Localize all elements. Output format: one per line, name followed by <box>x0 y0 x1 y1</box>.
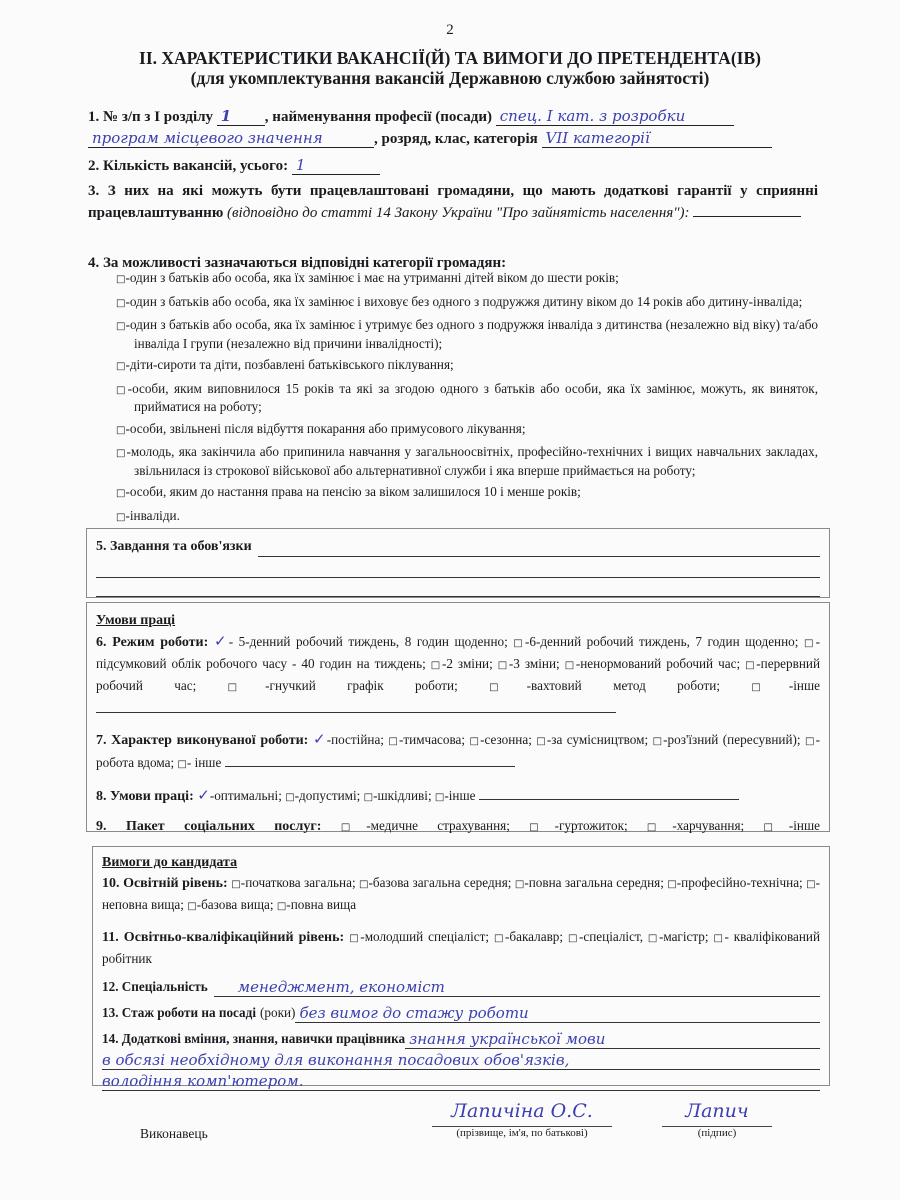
q11-option-label: -молодший спеціаліст; <box>360 929 489 944</box>
executor-name-input[interactable]: Лапичіна О.С. <box>432 1100 612 1127</box>
checkbox-icon[interactable]: □ <box>751 682 789 693</box>
q10-education-level: 10. Освітній рівень: □-початкова загальн… <box>102 873 820 917</box>
q10-option-label: -повна загальна середня; <box>524 875 664 890</box>
q1-label-c: , розряд, клас, категорія <box>374 131 538 147</box>
q1-label-a: 1. № з/п з І розділу <box>88 109 213 125</box>
checkbox-icon[interactable]: □ <box>470 736 481 747</box>
checkmark-icon[interactable]: ✓ <box>313 730 327 748</box>
q1-category-input[interactable]: VII категорії <box>542 130 772 148</box>
q7-option[interactable]: □-тимчасова; <box>388 732 465 747</box>
conditions-heading: Умови праці <box>96 611 820 631</box>
checkbox-icon[interactable]: □ <box>277 901 286 912</box>
q10-option-label: -початкова загальна; <box>241 875 356 890</box>
q3-field: 3. З них на які можуть бути працевлаштов… <box>88 180 818 224</box>
q13-field: 13. Стаж роботи на посаді (роки) без вим… <box>102 1003 820 1023</box>
q4-category-label: -інваліди. <box>125 508 179 523</box>
q7-option-label: -роз'їзний (пересувний); <box>663 732 800 747</box>
q4-category-label: -особи, звільнені після відбуття покаран… <box>125 421 525 436</box>
checkbox-icon[interactable]: □ <box>364 792 373 803</box>
q7-option-label: -постійна; <box>327 732 384 747</box>
q8-option-label: -допустимі; <box>295 788 361 803</box>
checkbox-icon[interactable]: □ <box>187 901 196 912</box>
q8-option-label: -інше <box>444 788 475 803</box>
q6-option-label: -гнучкий графік роботи; <box>265 678 458 693</box>
q10-option[interactable]: □-повна загальна середня; <box>515 875 664 890</box>
q1-field-cont: програм місцевого значення, розряд, клас… <box>88 128 828 150</box>
q6-option-label: -6-денний робочий тиждень, 7 годин щоден… <box>525 634 798 649</box>
q4-category-item: □-особи, яким виповнилося 15 років та як… <box>116 381 818 416</box>
q4-category-label: -один з батьків або особа, яка їх заміню… <box>126 317 818 351</box>
q6-other-input[interactable] <box>96 698 616 713</box>
executor-label: Виконавець <box>140 1126 208 1142</box>
checkbox-icon[interactable]: □ <box>431 660 442 671</box>
checkbox-icon[interactable]: □ <box>349 933 360 944</box>
page-title: ІІ. ХАРАКТЕРИСТИКИ ВАКАНСІЇ(Й) ТА ВИМОГИ… <box>0 48 900 88</box>
checkbox-icon[interactable]: □ <box>515 879 525 890</box>
q5-duties-line-2[interactable] <box>96 559 820 578</box>
q5-duties-line-3[interactable] <box>96 578 820 597</box>
q3-note: (відповідно до статті 14 Закону України … <box>227 205 690 221</box>
q12-specialty-input[interactable]: менеджмент, економіст <box>214 978 820 997</box>
q14-field: 14. Додаткові вміння, знання, навички пр… <box>102 1029 820 1049</box>
checkbox-icon[interactable]: □ <box>494 933 505 944</box>
q12-label: 12. Спеціальність <box>102 977 208 997</box>
q1-profession-input-cont[interactable]: програм місцевого значення <box>88 130 374 148</box>
q6-option[interactable]: □-інше <box>751 678 820 693</box>
title-line-1: ІІ. ХАРАКТЕРИСТИКИ ВАКАНСІЇ(Й) ТА ВИМОГИ… <box>0 48 900 68</box>
q9-option-label: -харчування; <box>672 818 744 833</box>
q9-option-label: -гуртожиток; <box>555 818 628 833</box>
q11-option[interactable]: □-бакалавр; <box>494 929 563 944</box>
q7-option[interactable]: □-роз'їзний (пересувний); <box>653 732 801 747</box>
q10-option-label: -базова загальна середня; <box>369 875 512 890</box>
q14-skills-input[interactable]: знання української мови <box>405 1030 820 1049</box>
q10-option-label: -повна вища <box>286 897 356 912</box>
q4-category-item: □-інваліди. <box>116 508 818 527</box>
signature-area: Виконавець Лапичіна О.С. (прізвище, ім'я… <box>140 1100 800 1160</box>
executor-name-caption: (прізвище, ім'я, по батькові) <box>432 1127 612 1139</box>
q4-category-label: -молодь, яка закінчила або припинила нав… <box>126 444 818 478</box>
checkbox-icon[interactable]: □ <box>116 385 128 396</box>
q6-work-mode: 6. Режим роботи: ✓- 5-денний робочий тиж… <box>96 631 820 719</box>
checkbox-icon[interactable]: □ <box>806 879 816 890</box>
q11-option-label: -спеціаліст, <box>579 929 643 944</box>
q9-option-label: -медичне страхування; <box>366 818 510 833</box>
q11-label: 11. Освітньо-кваліфікаційний рівень: <box>102 930 349 945</box>
q4-category-item: □-діти-сироти та діти, позбавлені батькі… <box>116 357 818 376</box>
executor-signature[interactable]: Лапич <box>662 1100 772 1127</box>
q10-option[interactable]: □-повна вища <box>277 897 356 912</box>
checkbox-icon[interactable]: □ <box>489 682 527 693</box>
q3-count-input[interactable] <box>693 216 801 217</box>
checkbox-icon[interactable]: □ <box>513 638 525 649</box>
checkbox-icon[interactable]: □ <box>648 933 659 944</box>
q6-option-label: -вахтовий метод роботи; <box>527 678 720 693</box>
work-conditions-box: Умови праці 6. Режим роботи: ✓- 5-денний… <box>86 602 830 832</box>
q8-option[interactable]: □-допустимі; <box>285 788 360 803</box>
q6-option-label: -інше <box>789 678 820 693</box>
q7-option-label: -за сумісництвом; <box>547 732 648 747</box>
q10-option[interactable]: □-базова вища; <box>187 897 273 912</box>
checkbox-icon[interactable]: □ <box>647 822 672 833</box>
q11-option[interactable]: □-спеціаліст, <box>568 929 643 944</box>
q7-option-label: -тимчасова; <box>399 732 465 747</box>
checkbox-icon[interactable]: □ <box>565 660 576 671</box>
q9-option-label: -інше <box>789 818 820 833</box>
q6-option-label: -3 зміни; <box>509 656 560 671</box>
checkbox-icon[interactable]: □ <box>804 638 816 649</box>
candidate-requirements-box: Вимоги до кандидата 10. Освітній рівень:… <box>92 846 830 1086</box>
checkbox-icon[interactable]: □ <box>653 736 664 747</box>
q6-label: 6. Режим роботи: <box>96 635 214 650</box>
q1-profession-input[interactable]: спец. І кат. з розробки <box>496 108 734 126</box>
q4-category-label: -один з батьків або особа, яка їх заміню… <box>125 294 802 309</box>
q8-option[interactable]: ✓-оптимальні; <box>197 788 282 803</box>
q14-label: 14. Додаткові вміння, знання, навички пр… <box>102 1029 405 1049</box>
q9-option[interactable]: □-інше <box>763 818 820 833</box>
checkbox-icon[interactable]: □ <box>805 736 816 747</box>
q8-option[interactable]: □-інше <box>435 788 476 803</box>
q10-option[interactable]: □-початкова загальна; <box>231 875 355 890</box>
checkbox-icon[interactable]: □ <box>667 879 677 890</box>
q6-option-label: - 5-денний робочий тиждень, 8 годин щоде… <box>229 634 508 649</box>
checkbox-icon[interactable]: □ <box>536 736 547 747</box>
q13-experience-input[interactable]: без вимог до стажу роботи <box>295 1004 820 1023</box>
q11-option[interactable]: □-молодший спеціаліст; <box>349 929 489 944</box>
q4-category-label: -особи, яким до настання права на пенсію… <box>125 484 580 499</box>
duties-box: 5. Завдання та обов'язки <box>86 528 830 598</box>
q6-option[interactable]: □-3 зміни; <box>498 656 560 671</box>
q7-option[interactable]: ✓-постійна; <box>313 732 384 747</box>
q11-option-label: -магістр; <box>659 929 709 944</box>
q9-label: 9. Пакет соціальних послуг: <box>96 819 341 834</box>
q4-category-label: -особи, яким виповнилося 15 років та які… <box>128 381 818 415</box>
q10-option[interactable]: □-професійно-технічна; <box>667 875 802 890</box>
q7-option[interactable]: □-сезонна; <box>470 732 532 747</box>
page-number: 2 <box>0 22 900 39</box>
q9-option[interactable]: □-харчування; <box>647 818 744 833</box>
q4-category-label: -діти-сироти та діти, позбавлені батьків… <box>125 357 453 372</box>
signature-caption: (підпис) <box>662 1127 772 1139</box>
q4-category-list: □-один з батьків або особа, яка їх замін… <box>116 270 818 531</box>
checkbox-icon[interactable]: □ <box>116 448 126 459</box>
checkbox-icon[interactable]: □ <box>231 879 241 890</box>
checkbox-icon[interactable]: □ <box>341 822 366 833</box>
q11-option-label: -бакалавр; <box>505 929 563 944</box>
q5-label: 5. Завдання та обов'язки <box>96 537 252 557</box>
q4-category-item: □-особи, яким до настання права на пенсі… <box>116 484 818 503</box>
q7-option-label: -сезонна; <box>480 732 532 747</box>
q6-option[interactable]: □-гнучкий графік роботи; <box>228 678 458 693</box>
q13-label: 13. Стаж роботи на посаді <box>102 1003 256 1023</box>
q6-option[interactable]: ✓- 5-денний робочий тиждень, 8 годин щод… <box>214 634 508 649</box>
q1-label-b: , найменування професії (посади) <box>265 109 492 125</box>
checkbox-icon[interactable]: □ <box>713 933 724 944</box>
q8-option-label: -оптимальні; <box>210 788 282 803</box>
q2-vacancy-count-input[interactable]: 1 <box>292 157 380 175</box>
q7-option[interactable]: □-за сумісництвом; <box>536 732 648 747</box>
q6-option[interactable]: □-2 зміни; <box>431 656 493 671</box>
q14-skills-input-line-3[interactable]: володіння комп'ютером. <box>102 1072 820 1091</box>
q8-option[interactable]: □-шкідливі; <box>364 788 432 803</box>
q4-category-label: -один з батьків або особа, яка їх заміню… <box>125 270 618 285</box>
checkbox-icon[interactable]: □ <box>359 879 369 890</box>
q1-field: 1. № з/п з І розділу 1, найменування про… <box>88 106 828 128</box>
q1-number-input[interactable]: 1 <box>217 108 265 126</box>
q10-option-label: -базова вища; <box>197 897 274 912</box>
title-line-2: (для укомплектування вакансій Державною … <box>0 68 900 88</box>
q7-other-input[interactable] <box>225 752 515 767</box>
checkbox-icon[interactable]: □ <box>763 822 788 833</box>
requirements-heading: Вимоги до кандидата <box>102 853 820 873</box>
q4-category-item: □-один з батьків або особа, яка їх замін… <box>116 270 818 289</box>
checkbox-icon[interactable]: □ <box>388 736 399 747</box>
checkbox-icon[interactable]: □ <box>745 660 756 671</box>
q7-option-label: - інше <box>187 755 221 770</box>
checkbox-icon[interactable]: □ <box>568 933 579 944</box>
q10-label: 10. Освітній рівень: <box>102 876 231 891</box>
checkbox-icon[interactable]: □ <box>498 660 509 671</box>
q8-option-label: -шкідливі; <box>373 788 432 803</box>
q7-option[interactable]: □- інше <box>177 755 221 770</box>
q9-option[interactable]: □-гуртожиток; <box>529 818 628 833</box>
q9-option[interactable]: □-медичне страхування; <box>341 818 510 833</box>
q6-option-label: -2 зміни; <box>442 656 493 671</box>
q8-work-conditions: 8. Умови праці: ✓-оптимальні; □-допустим… <box>96 785 820 808</box>
q5-duties-input[interactable] <box>258 538 820 557</box>
q6-option-label: -ненормований робочий час; <box>576 656 740 671</box>
q8-label: 8. Умови праці: <box>96 789 197 804</box>
q6-option[interactable]: □-вахтовий метод роботи; <box>489 678 720 693</box>
q4-category-item: □-молодь, яка закінчила або припинила на… <box>116 444 818 479</box>
q11-qualification-level: 11. Освітньо-кваліфікаційний рівень: □-м… <box>102 927 820 969</box>
q12-field: 12. Спеціальність менеджмент, економіст <box>102 977 820 997</box>
checkbox-icon[interactable]: □ <box>116 321 126 332</box>
q14-skills-input-line-2[interactable]: в обсязі необхідному для виконання посад… <box>102 1051 820 1070</box>
q11-option[interactable]: □-магістр; <box>648 929 709 944</box>
checkbox-icon[interactable]: □ <box>435 792 444 803</box>
checkbox-icon[interactable]: □ <box>285 792 294 803</box>
q7-label: 7. Характер виконуваної роботи: <box>96 733 313 748</box>
q10-option[interactable]: □-базова загальна середня; <box>359 875 511 890</box>
checkbox-icon[interactable]: □ <box>228 682 266 693</box>
q10-option-label: -професійно-технічна; <box>677 875 803 890</box>
q6-option[interactable]: □-6-денний робочий тиждень, 7 годин щоде… <box>513 634 798 649</box>
checkmark-icon[interactable]: ✓ <box>214 632 229 650</box>
checkbox-icon[interactable]: □ <box>177 759 186 770</box>
q2-field: 2. Кількість вакансій, усього: 1 <box>88 155 828 177</box>
q8-other-input[interactable] <box>479 785 739 800</box>
q4-category-item: □-один з батьків або особа, яка їх замін… <box>116 317 818 352</box>
checkbox-icon[interactable]: □ <box>529 822 554 833</box>
q6-option[interactable]: □-ненормований робочий час; <box>565 656 740 671</box>
q4-category-item: □-один з батьків або особа, яка їх замін… <box>116 294 818 313</box>
q7-work-nature: 7. Характер виконуваної роботи: ✓-постій… <box>96 729 820 775</box>
q4-category-item: □-особи, звільнені після відбуття покара… <box>116 421 818 440</box>
q13-unit: (роки) <box>260 1003 295 1023</box>
checkmark-icon[interactable]: ✓ <box>197 786 210 804</box>
q2-label: 2. Кількість вакансій, усього: <box>88 158 288 174</box>
